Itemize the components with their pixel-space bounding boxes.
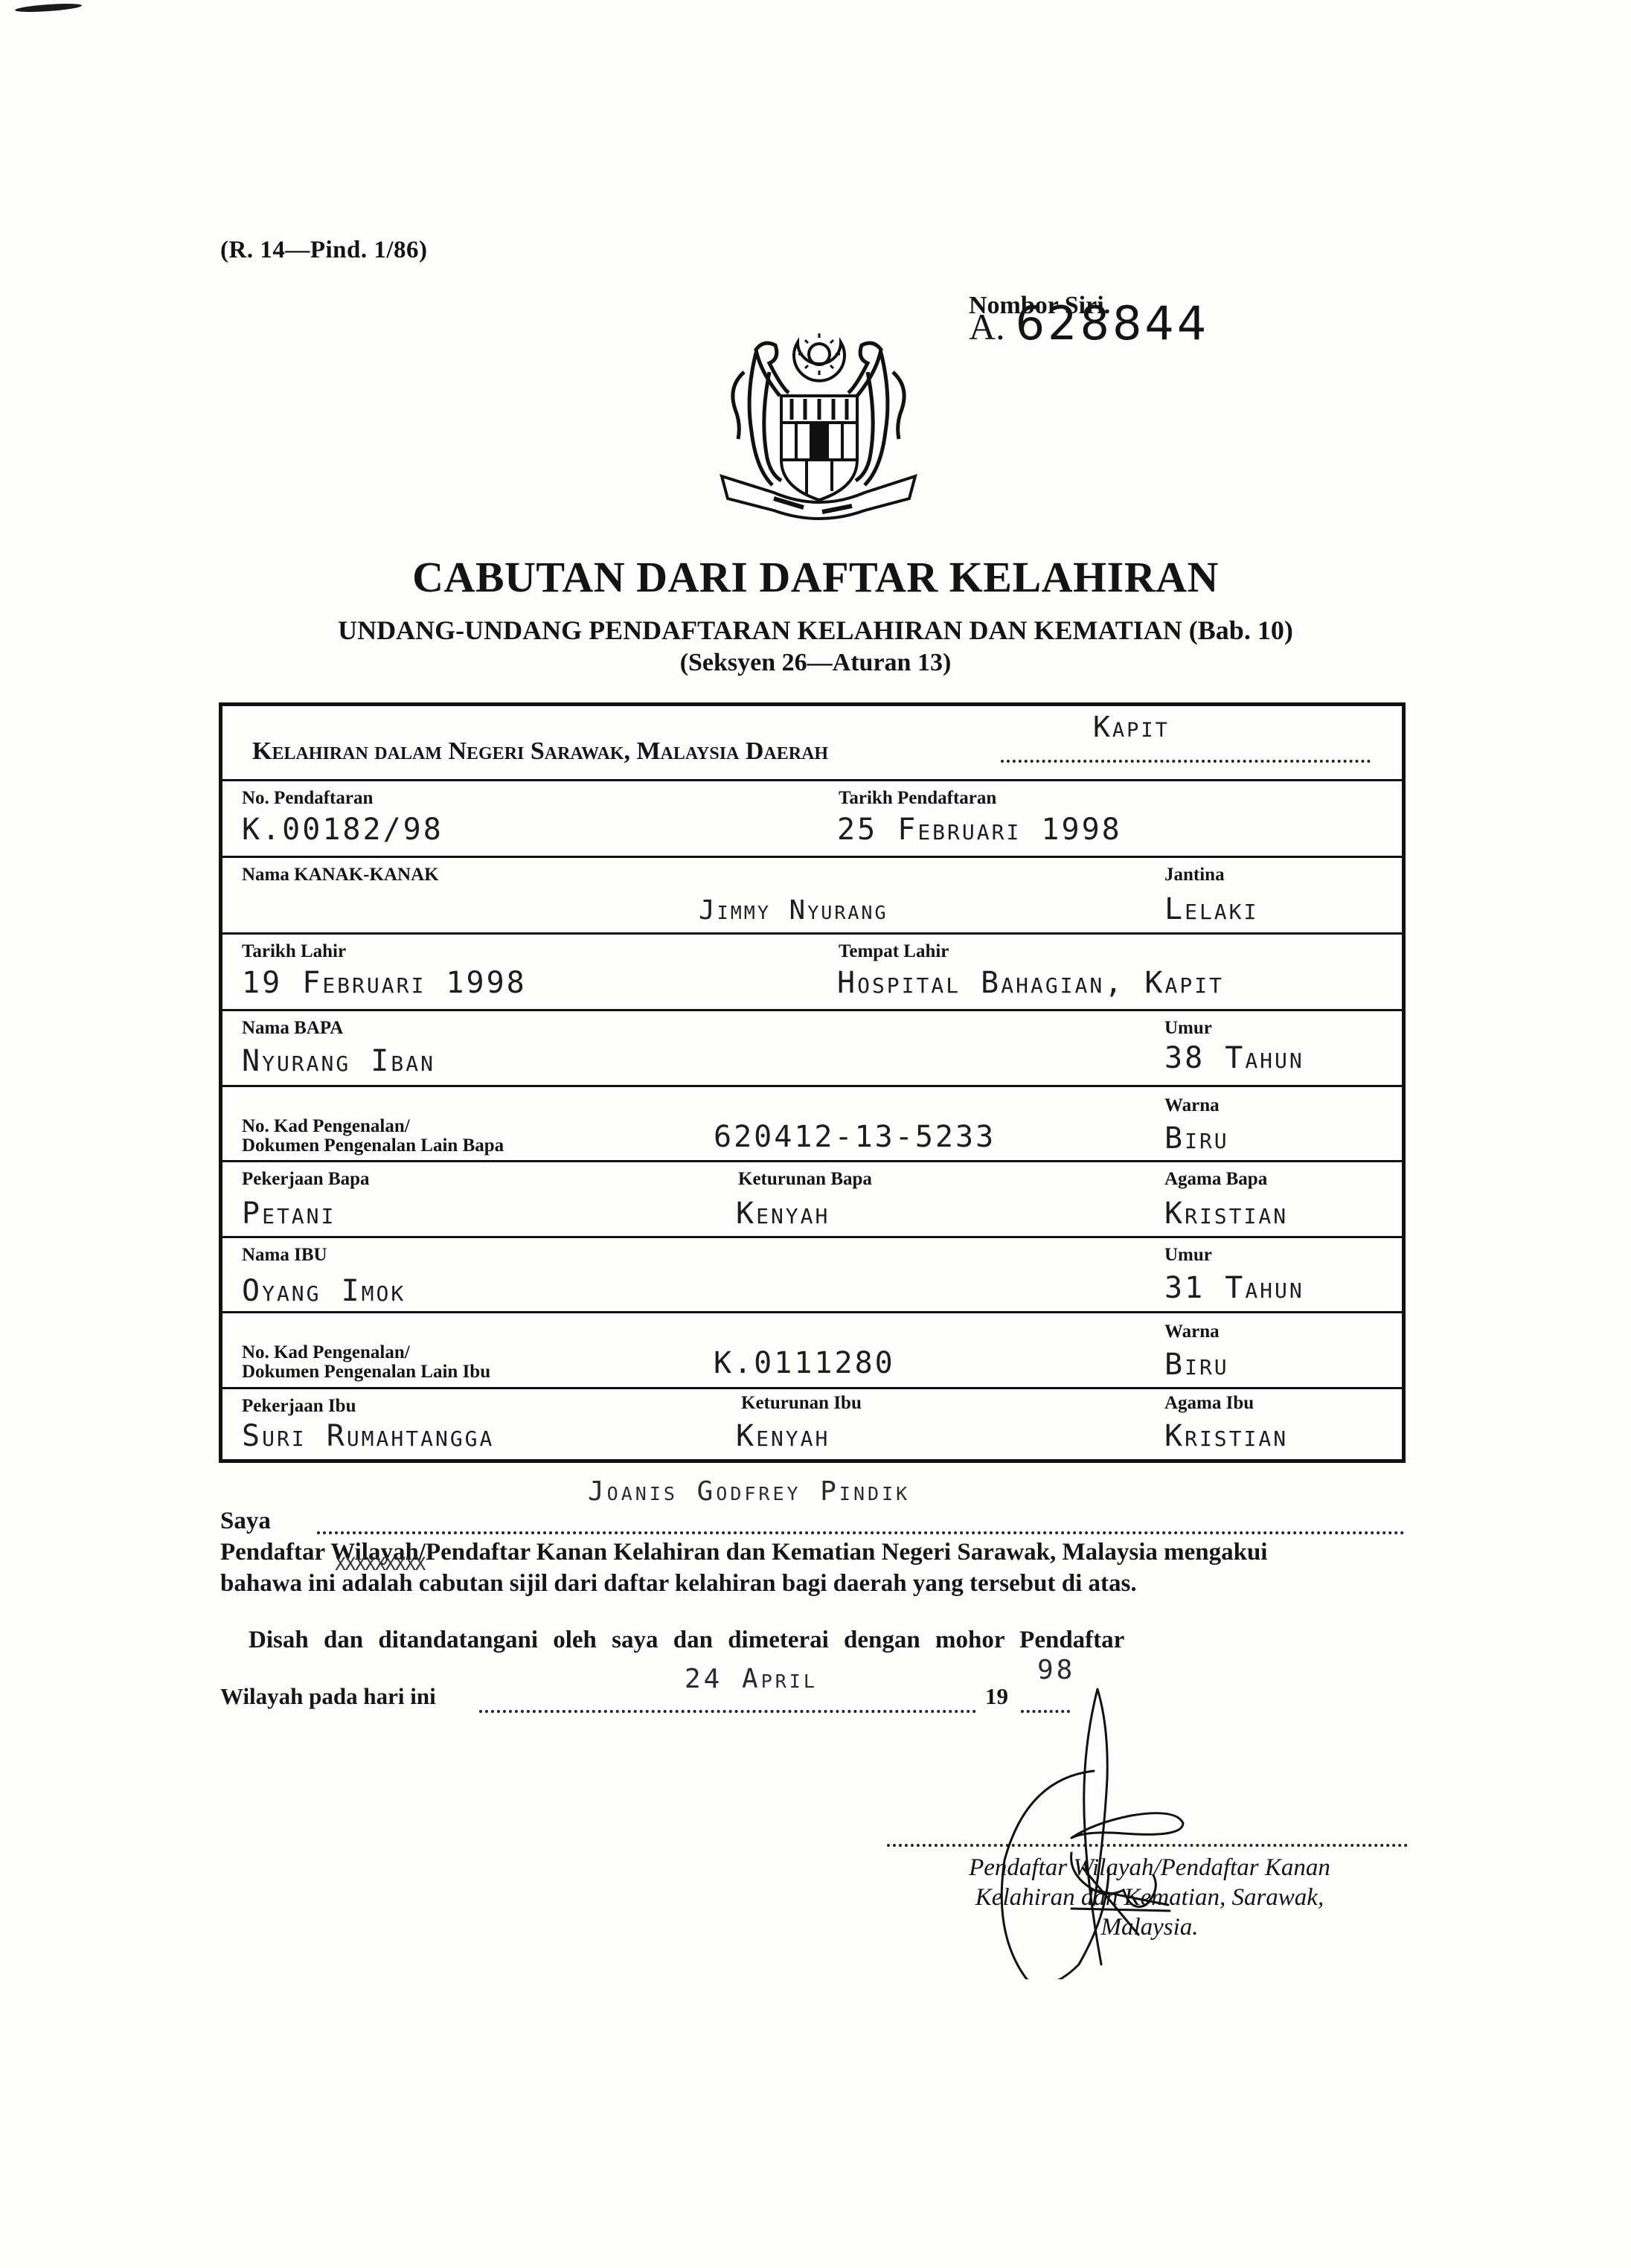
field-label: No. Kad Pengenalan/ Dokumen Pengenalan L… xyxy=(242,1117,504,1156)
field-value: Petani xyxy=(242,1197,336,1231)
field-label: Agama Bapa xyxy=(1164,1170,1267,1189)
table-row-father-id: No. Kad Pengenalan/ Dokumen Pengenalan L… xyxy=(222,1087,1402,1162)
serial-number-block: Nombor Siri. A. 628844 xyxy=(969,296,1209,350)
field-label: Agama Ibu xyxy=(1164,1394,1254,1413)
field-value: 620412-13-5233 xyxy=(714,1120,996,1154)
caption-line: Malaysia. xyxy=(882,1912,1417,1942)
field-value: Jimmy Nyurang xyxy=(699,895,888,926)
saya-label: Saya xyxy=(220,1508,271,1535)
field-value: Lelaki xyxy=(1164,892,1258,926)
field-label: Umur xyxy=(1164,1019,1212,1038)
field-label: Keturunan Bapa xyxy=(738,1170,872,1189)
district-dotted-line xyxy=(1001,760,1371,763)
field-value: Suri Rumahtangga xyxy=(242,1419,494,1453)
field-value: Nyurang Iban xyxy=(242,1044,435,1078)
certification-line-1: Pendaftar Wilayah/Pendaftar Kanan Kelahi… xyxy=(220,1539,1267,1566)
field-label: Nama BAPA xyxy=(242,1019,343,1038)
field-label: Pekerjaan Bapa xyxy=(242,1170,370,1189)
field-label: No. Pendaftaran xyxy=(242,789,373,808)
field-label: Tempat Lahir xyxy=(839,942,949,961)
field-label: Pekerjaan Ibu xyxy=(242,1397,356,1416)
table-row-registration: No. Pendaftaran K.00182/98 Tarikh Pendaf… xyxy=(222,781,1402,858)
table-row-father-name: Nama BAPA Nyurang Iban Umur 38 Tahun xyxy=(222,1011,1402,1087)
field-value: 25 Februari 1998 xyxy=(837,813,1122,847)
table-row-mother-details: Pekerjaan Ibu Suri Rumahtangga Keturunan… xyxy=(222,1389,1402,1459)
date-dotted-line xyxy=(479,1710,976,1713)
field-label: No. Kad Pengenalan/ Dokumen Pengenalan L… xyxy=(242,1343,490,1382)
field-value: 31 Tahun xyxy=(1164,1271,1304,1305)
field-label: Nama KANAK-KANAK xyxy=(242,865,439,885)
field-label: Keturunan Ibu xyxy=(741,1394,862,1413)
table-row-child-name: Nama KANAK-KANAK Jimmy Nyurang Jantina L… xyxy=(222,858,1402,935)
field-value: Kristian xyxy=(1164,1419,1288,1453)
birth-register-table: Kelahiran dalam Negeri Sarawak, Malaysia… xyxy=(219,702,1406,1463)
table-row-mother-id: No. Kad Pengenalan/ Dokumen Pengenalan L… xyxy=(222,1313,1402,1389)
field-value: Biru xyxy=(1164,1348,1229,1382)
registrar-name: Joanis Godfrey Pindik xyxy=(588,1476,910,1507)
district-label: Kelahiran dalam Negeri Sarawak, Malaysia… xyxy=(252,737,828,766)
certification-line-2: bahawa ini adalah cabutan sijil dari daf… xyxy=(220,1570,1137,1598)
malaysia-coat-of-arms-icon xyxy=(692,327,945,528)
field-value: 19 Februari 1998 xyxy=(242,966,527,1000)
field-value: K.00182/98 xyxy=(242,813,443,847)
cert-text: Pendaftar xyxy=(220,1539,325,1566)
caption-line: Kelahiran dan Kematian, Sarawak, xyxy=(882,1883,1417,1912)
serial-label: Nombor Siri. xyxy=(969,296,1110,315)
table-row-birth: Tarikh Lahir 19 Februari 1998 Tempat Lah… xyxy=(222,935,1402,1011)
caption-line: Pendaftar Wilayah/Pendaftar Kanan xyxy=(882,1853,1417,1883)
table-row-mother-name: Nama IBU Oyang Imok Umur 31 Tahun xyxy=(222,1238,1402,1313)
field-value: Hospital Bahagian, Kapit xyxy=(837,966,1224,1000)
struck-out-text: Wilayah xyxy=(330,1539,419,1566)
saya-dotted-line xyxy=(317,1531,1405,1534)
scan-mark xyxy=(15,2,82,13)
field-value: Kenyah xyxy=(736,1419,830,1453)
field-value: Oyang Imok xyxy=(242,1274,406,1308)
page-title: CABUTAN DARI DAFTAR KELAHIRAN xyxy=(0,552,1631,602)
form-code: (R. 14—Pind. 1/86) xyxy=(220,237,428,264)
date-label: Wilayah pada hari ini xyxy=(220,1683,436,1710)
field-label: Nama IBU xyxy=(242,1246,327,1265)
cert-text: /Pendaftar Kanan Kelahiran dan Kematian … xyxy=(419,1539,1268,1566)
certification-line-3: Disah dan ditandatangani oleh saya dan d… xyxy=(249,1627,1124,1654)
field-value: Kenyah xyxy=(736,1197,830,1231)
table-row-father-details: Pekerjaan Bapa Petani Keturunan Bapa Ken… xyxy=(222,1162,1402,1238)
field-value: Biru xyxy=(1164,1121,1229,1156)
page-subtitle: UNDANG-UNDANG PENDAFTARAN KELAHIRAN DAN … xyxy=(0,615,1631,646)
field-label: Warna xyxy=(1164,1096,1220,1115)
field-value: 38 Tahun xyxy=(1164,1041,1304,1075)
field-label: Tarikh Pendaftaran xyxy=(839,789,996,808)
field-value: Kristian xyxy=(1164,1197,1288,1231)
field-label: Tarikh Lahir xyxy=(242,942,346,961)
field-label: Jantina xyxy=(1164,865,1225,885)
field-label: Warna xyxy=(1164,1322,1220,1342)
page-subtitle-section: (Seksyen 26—Aturan 13) xyxy=(0,649,1631,677)
district-value: Kapit xyxy=(1093,711,1170,743)
signature-caption: Pendaftar Wilayah/Pendaftar Kanan Kelahi… xyxy=(882,1853,1417,1942)
district-row: Kelahiran dalam Negeri Sarawak, Malaysia… xyxy=(222,706,1402,781)
field-value: K.0111280 xyxy=(714,1346,895,1380)
signing-date: 24 April xyxy=(685,1664,818,1694)
field-label: Umur xyxy=(1164,1246,1212,1265)
